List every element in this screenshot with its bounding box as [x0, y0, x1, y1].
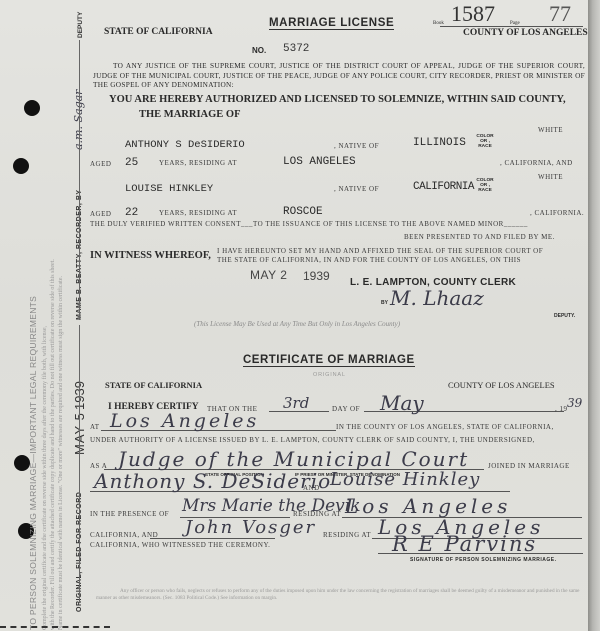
issue-date: MAY 2: [250, 268, 287, 282]
book-number: 1587: [451, 1, 495, 27]
license-no-label: NO.: [252, 46, 266, 55]
marriage-place: Los Angeles: [110, 410, 259, 432]
margin-heading: TO PERSON SOLEMNIZING MARRIAGE—IMPORTANT…: [28, 296, 38, 630]
license-address: TO ANY JUSTICE OF THE SUPREME COURT, JUS…: [93, 61, 585, 90]
witness-whereof-heading: IN WITNESS WHEREOF,: [90, 250, 211, 261]
license-state: STATE OF CALIFORNIA: [104, 27, 213, 37]
marriage-of-label: THE MARRIAGE OF: [139, 109, 241, 120]
groom-race: WHITE: [538, 126, 563, 134]
groom-name: ANTHONY S DeSIDERIO: [125, 139, 245, 151]
book-page-rule: [440, 26, 583, 27]
groom-native-of: ILLINOIS: [413, 137, 466, 149]
bride-color-label: COLOR OR , RACE: [474, 178, 496, 194]
witness-text-1: I HAVE HEREUNTO SET MY HAND AND AFFIXED …: [217, 247, 543, 255]
footer-line-1: Any officer or person who fails, neglect…: [120, 588, 439, 594]
county-text: IN THE COUNTY OF LOS ANGELES, STATE OF C…: [336, 423, 554, 431]
at-label: AT: [90, 423, 100, 431]
perforation-line: [0, 626, 110, 628]
groom-native-of-label: , NATIVE OF: [334, 142, 379, 150]
marriage-year: 39: [567, 396, 582, 410]
certificate-state: STATE OF CALIFORNIA: [105, 380, 202, 390]
and-label: AND: [303, 484, 320, 492]
footer-note: Any officer or person who fails, neglect…: [96, 588, 586, 602]
witness2-rule: [150, 538, 275, 539]
groom-color-label: COLOR OR , RACE: [474, 134, 496, 150]
license-county: COUNTY OF LOS ANGELES: [463, 28, 588, 38]
bride-native-of-label: , NATIVE OF: [334, 185, 379, 193]
marriage-month: May: [380, 391, 424, 415]
witness2-residing-label: RESIDING AT: [323, 531, 371, 539]
bride-native-of: CALIFORNIA: [413, 181, 474, 193]
punch-hole: [13, 158, 29, 174]
page-number: 77: [549, 1, 571, 27]
bride-race: WHITE: [538, 173, 563, 181]
groom-age: 25: [125, 157, 138, 169]
margin-deputy-label: DEPUTY: [77, 12, 84, 38]
certificate-title: CERTIFICATE OF MARRIAGE: [243, 354, 415, 367]
witness-text-2: THE STATE OF CALIFORNIA, IN AND FOR THE …: [217, 256, 521, 264]
bride-aged-label: AGED: [90, 210, 111, 218]
margin-rule: [79, 325, 80, 603]
witness2-name: John Vosger: [185, 517, 316, 538]
marriage-day: 3rd: [283, 394, 309, 412]
bride-residence-suffix: , CALIFORNIA.: [530, 209, 584, 217]
joined-in-marriage-label: JOINED IN MARRIAGE: [488, 462, 570, 470]
license-number: 5372: [283, 43, 309, 55]
witnessed-ceremony-label: CALIFORNIA, WHO WITNESSED THE CEREMONY.: [90, 541, 270, 549]
left-margin: TO PERSON SOLEMNIZING MARRIAGE—IMPORTANT…: [0, 0, 92, 631]
consent-line-2: BEEN PRESENTED TO AND FILED BY ME.: [404, 233, 555, 241]
certificate-bride-name: Louise Hinkley: [330, 469, 480, 490]
issue-year: 1939: [303, 269, 330, 283]
presence-label: IN THE PRESENCE OF: [90, 510, 169, 518]
groom-aged-label: AGED: [90, 160, 111, 168]
certificate-original: ORIGINAL: [313, 372, 346, 378]
consent-line: THE DULY VERIFIED WRITTEN CONSENT___TO T…: [90, 220, 528, 228]
deputy-signature: M. Lhaaz: [390, 286, 484, 310]
usage-note: (This License May Be Used at Any Time Bu…: [194, 320, 400, 328]
signature-caption: SIGNATURE OF PERSON SOLEMNIZING MARRIAGE…: [410, 557, 557, 563]
margin-instructions-3: Name in certificate must be identical wi…: [58, 276, 64, 630]
day-of-label: DAY OF: [332, 405, 360, 413]
punch-hole: [24, 100, 40, 116]
groom-residing-label: YEARS, RESIDING AT: [159, 159, 237, 167]
margin-instructions-1: Complete the original certificate and th…: [42, 326, 48, 630]
groom-residence: LOS ANGELES: [283, 156, 356, 168]
groom-residence-suffix: , CALIFORNIA, AND: [500, 159, 573, 167]
authority-text: UNDER AUTHORITY OF A LICENSE ISSUED BY L…: [90, 436, 535, 444]
margin-instructions-2: with the Recorder. Fill out and certify …: [50, 259, 56, 630]
bride-residing-label: YEARS, RESIDING AT: [159, 209, 237, 217]
deputy-label: DEPUTY.: [554, 313, 575, 319]
officiant-signature: R E Parvins: [392, 532, 537, 556]
paper-edge-shadow: [588, 0, 600, 631]
official-position: Judge of the Municipal Court: [118, 447, 469, 471]
certificate-county: COUNTY OF LOS ANGELES: [448, 380, 555, 390]
by-label: BY: [381, 300, 388, 306]
bride-residence: ROSCOE: [283, 206, 323, 218]
year-prefix: , 19: [555, 405, 568, 413]
bride-age: 22: [125, 207, 138, 219]
margin-rule: [79, 40, 80, 320]
california-and-label: CALIFORNIA, AND: [90, 531, 158, 539]
bride-name: LOUISE HINKLEY: [125, 183, 213, 195]
certificate-groom-name: Anthony S. DeSiderio: [94, 469, 331, 493]
license-title: MARRIAGE LICENSE: [269, 17, 394, 30]
authorized-text: YOU ARE HEREBY AUTHORIZED AND LICENSED T…: [109, 94, 566, 105]
